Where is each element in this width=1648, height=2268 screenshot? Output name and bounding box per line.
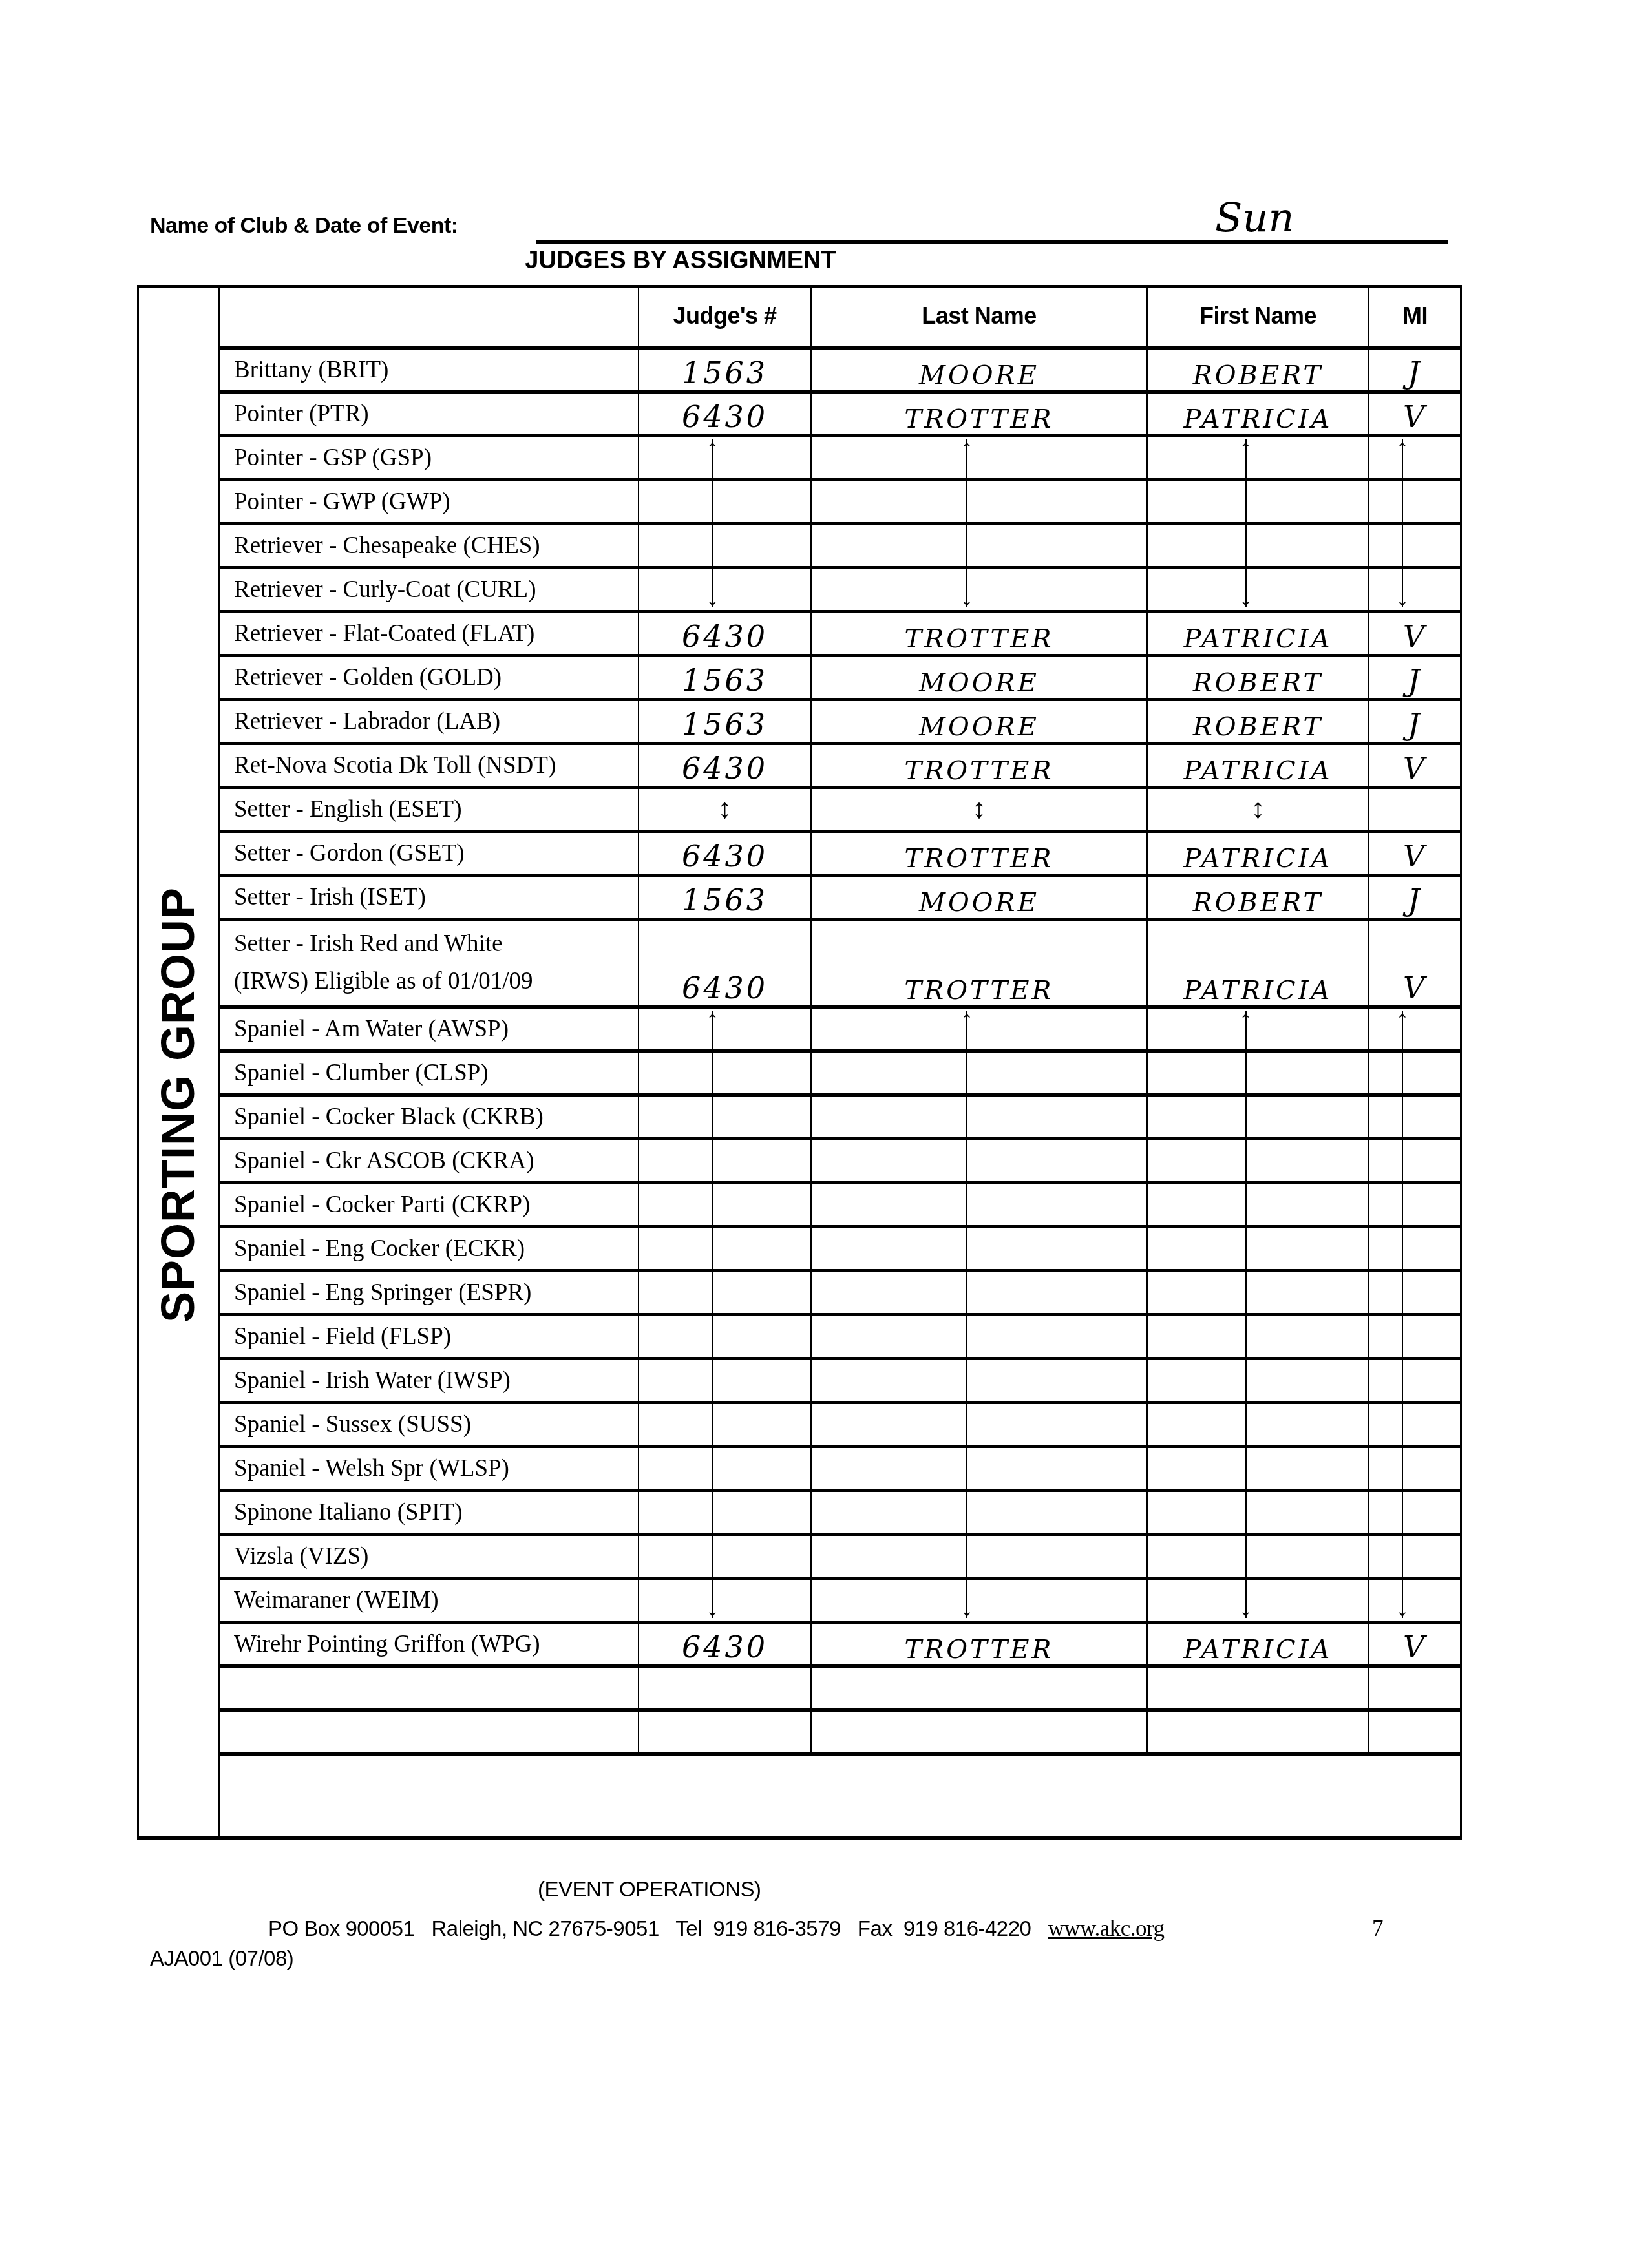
mi-cell[interactable] <box>1369 1007 1461 1051</box>
table-row: Spaniel - Clumber (CLSP) <box>220 1051 1461 1095</box>
group-label: SPORTING GROUP <box>152 887 205 1323</box>
judge-number-cell[interactable] <box>639 1358 811 1402</box>
ditto-line <box>712 1011 713 1618</box>
footer-address: PO Box 900051 Raleigh, NC 27675-9051 Tel… <box>268 1916 1048 1940</box>
last-name-cell[interactable] <box>811 1710 1147 1754</box>
arrow-up-icon: ↑ <box>1396 436 1409 461</box>
breed-cell: Spaniel - Clumber (CLSP) <box>220 1051 639 1095</box>
table-row: Spaniel - Sussex (SUSS) <box>220 1402 1461 1446</box>
last-name-cell[interactable] <box>811 1578 1147 1622</box>
last-name-cell[interactable]: ↕ <box>811 787 1147 831</box>
form-id: AJA001 (07/08) <box>150 1946 293 1971</box>
last-name-cell[interactable] <box>811 1182 1147 1226</box>
judge-number-cell[interactable]: 1563 <box>639 655 811 699</box>
club-date-label: Name of Club & Date of Event: <box>150 213 458 238</box>
mi-cell[interactable] <box>1369 1710 1461 1754</box>
mi-cell[interactable]: J <box>1369 699 1461 743</box>
mi-cell[interactable]: V <box>1369 611 1461 655</box>
first-name-cell[interactable] <box>1147 1095 1369 1139</box>
mi-cell[interactable] <box>1369 1270 1461 1314</box>
judge-number-cell[interactable]: ↕ <box>639 787 811 831</box>
table-row: Spinone Italiano (SPIT) <box>220 1490 1461 1534</box>
col-mi-header: MI <box>1369 286 1461 348</box>
judge-number-cell[interactable]: 6430 <box>639 392 811 436</box>
breed-cell: Pointer - GWP (GWP) <box>220 479 639 523</box>
arrow-up-icon: ↑ <box>706 1007 719 1033</box>
last-name-cell[interactable] <box>811 1534 1147 1578</box>
breed-cell: Spaniel - Am Water (AWSP) <box>220 1007 639 1051</box>
ditto-line <box>1402 439 1403 607</box>
first-name-cell[interactable]: ↕ <box>1147 787 1369 831</box>
judge-number-cell[interactable] <box>639 1490 811 1534</box>
first-name-cell[interactable]: Robert <box>1147 655 1369 699</box>
last-name-cell[interactable] <box>811 1490 1147 1534</box>
table-row: Spaniel - Am Water (AWSP) <box>220 1007 1461 1051</box>
last-name-cell[interactable] <box>811 1095 1147 1139</box>
last-name-cell[interactable] <box>811 1226 1147 1270</box>
judge-number-cell[interactable] <box>639 479 811 523</box>
mi-cell[interactable] <box>1369 1314 1461 1358</box>
last-name-cell[interactable]: Trotter <box>811 919 1147 1007</box>
mi-cell[interactable] <box>1369 1051 1461 1095</box>
mi-cell[interactable] <box>1369 1490 1461 1534</box>
table-row: Pointer - GSP (GSP) <box>220 436 1461 479</box>
mi-cell[interactable] <box>1369 523 1461 567</box>
table-row: Spaniel - Cocker Black (CKRB) <box>220 1095 1461 1139</box>
arrow-up-icon: ↑ <box>960 1007 973 1033</box>
judge-number-cell[interactable]: 6430 <box>639 919 811 1007</box>
breed-cell: Pointer - GSP (GSP) <box>220 436 639 479</box>
first-name-cell[interactable] <box>1147 1139 1369 1182</box>
table-row: Brittany (BRIT)1563MooreRobertJ <box>220 348 1461 392</box>
first-name-cell[interactable] <box>1147 1402 1369 1446</box>
last-name-cell[interactable] <box>811 523 1147 567</box>
first-name-cell[interactable]: Patricia <box>1147 611 1369 655</box>
mi-cell[interactable]: V <box>1369 919 1461 1007</box>
table-row: Ret-Nova Scotia Dk Toll (NSDT)6430Trotte… <box>220 743 1461 787</box>
first-name-cell[interactable] <box>1147 1314 1369 1358</box>
arrow-up-icon: ↑ <box>1240 436 1252 461</box>
arrow-down-icon: ↓ <box>706 584 719 610</box>
table-row: Retriever - Labrador (LAB)1563MooreRober… <box>220 699 1461 743</box>
mi-cell[interactable]: V <box>1369 831 1461 875</box>
last-name-cell[interactable]: Moore <box>811 699 1147 743</box>
mi-cell[interactable] <box>1369 1446 1461 1490</box>
first-name-cell[interactable]: Patricia <box>1147 1622 1369 1666</box>
table-row: Spaniel - Welsh Spr (WLSP) <box>220 1446 1461 1490</box>
judge-number-cell[interactable]: 1563 <box>639 699 811 743</box>
form-title-text: JUDGES BY ASSIGNMENT <box>525 247 836 274</box>
judge-number-cell[interactable] <box>639 1314 811 1358</box>
judge-number-cell[interactable] <box>639 1578 811 1622</box>
first-name-cell[interactable] <box>1147 1007 1369 1051</box>
table-row: Vizsla (VIZS) <box>220 1534 1461 1578</box>
first-name-cell[interactable] <box>1147 1710 1369 1754</box>
first-name-cell[interactable]: Robert <box>1147 699 1369 743</box>
mi-cell[interactable] <box>1369 567 1461 611</box>
table-row: Pointer (PTR)6430TrotterPatriciaV <box>220 392 1461 436</box>
breed-cell: Ret-Nova Scotia Dk Toll (NSDT) <box>220 743 639 787</box>
breed-line-2: (IRWS) Eligible as of 01/01/09 <box>234 963 638 1000</box>
last-name-cell[interactable]: Moore <box>811 348 1147 392</box>
judge-number-cell[interactable] <box>639 1139 811 1182</box>
breed-cell: Spaniel - Eng Springer (ESPR) <box>220 1270 639 1314</box>
breed-cell: Vizsla (VIZS) <box>220 1534 639 1578</box>
first-name-cell[interactable]: Patricia <box>1147 392 1369 436</box>
ditto-line <box>1245 439 1247 607</box>
mi-cell[interactable] <box>1369 1226 1461 1270</box>
mi-cell[interactable] <box>1369 1095 1461 1139</box>
ditto-line <box>966 439 967 607</box>
ditto-line <box>1245 1011 1247 1618</box>
table-row: Wirehr Pointing Griffon (WPG)6430Trotter… <box>220 1622 1461 1666</box>
first-name-cell[interactable] <box>1147 523 1369 567</box>
judge-number-cell[interactable]: 6430 <box>639 831 811 875</box>
last-name-cell[interactable]: Trotter <box>811 1622 1147 1666</box>
first-name-cell[interactable]: Robert <box>1147 875 1369 919</box>
breed-cell: Retriever - Labrador (LAB) <box>220 699 639 743</box>
first-name-cell[interactable]: Patricia <box>1147 831 1369 875</box>
breed-cell: Spaniel - Irish Water (IWSP) <box>220 1358 639 1402</box>
judge-number-cell[interactable]: 1563 <box>639 348 811 392</box>
club-date-underline <box>536 240 1448 244</box>
mi-cell[interactable]: V <box>1369 743 1461 787</box>
last-name-cell[interactable] <box>811 1314 1147 1358</box>
mi-cell[interactable] <box>1369 1578 1461 1622</box>
footer-department: (EVENT OPERATIONS) <box>538 1877 761 1902</box>
table-row: Setter - Gordon (GSET)6430TrotterPatrici… <box>220 831 1461 875</box>
col-first-name-header: First Name <box>1147 286 1369 348</box>
first-name-cell[interactable] <box>1147 1446 1369 1490</box>
arrow-down-icon: ↓ <box>1396 584 1409 610</box>
judge-number-cell[interactable] <box>639 1007 811 1051</box>
table-row: Spaniel - Irish Water (IWSP) <box>220 1358 1461 1402</box>
ditto-line <box>712 439 713 607</box>
mi-cell[interactable] <box>1369 1358 1461 1402</box>
mi-cell[interactable] <box>1369 479 1461 523</box>
mi-cell[interactable]: J <box>1369 348 1461 392</box>
breed-cell: Spaniel - Cocker Black (CKRB) <box>220 1095 639 1139</box>
judge-number-cell[interactable] <box>639 436 811 479</box>
table-row: Retriever - Chesapeake (CHES) <box>220 523 1461 567</box>
first-name-cell[interactable] <box>1147 1051 1369 1095</box>
breed-cell: Spaniel - Ckr ASCOB (CKRA) <box>220 1139 639 1182</box>
breed-cell: Spaniel - Cocker Parti (CKRP) <box>220 1182 639 1226</box>
judges-table: Judge's # Last Name First Name MI Britta… <box>220 286 1461 1756</box>
judge-number-cell[interactable]: 1563 <box>639 875 811 919</box>
first-name-cell[interactable] <box>1147 1358 1369 1402</box>
arrow-up-icon: ↑ <box>960 436 973 461</box>
mi-cell[interactable] <box>1369 787 1461 831</box>
mi-cell[interactable] <box>1369 1666 1461 1710</box>
table-header-row: Judge's # Last Name First Name MI <box>220 286 1461 348</box>
first-name-cell[interactable] <box>1147 1270 1369 1314</box>
arrow-down-icon: ↓ <box>1396 1595 1409 1621</box>
judge-number-cell[interactable]: 6430 <box>639 1622 811 1666</box>
col-judge-number-header: Judge's # <box>639 286 811 348</box>
breed-cell: Setter - Gordon (GSET) <box>220 831 639 875</box>
last-name-cell[interactable]: Trotter <box>811 611 1147 655</box>
breed-cell: Retriever - Flat-Coated (FLAT) <box>220 611 639 655</box>
table-row: Setter - English (ESET)↕↕↕ <box>220 787 1461 831</box>
breed-cell: Spinone Italiano (SPIT) <box>220 1490 639 1534</box>
judge-number-cell[interactable] <box>639 1051 811 1095</box>
last-name-cell[interactable] <box>811 436 1147 479</box>
mi-cell[interactable] <box>1369 1402 1461 1446</box>
table-row: Spaniel - Cocker Parti (CKRP) <box>220 1182 1461 1226</box>
mi-cell[interactable] <box>1369 1182 1461 1226</box>
table-row: Pointer - GWP (GWP) <box>220 479 1461 523</box>
table-row: Weimaraner (WEIM) <box>220 1578 1461 1622</box>
arrow-down-icon: ↓ <box>1240 1595 1252 1621</box>
last-name-cell[interactable] <box>811 1051 1147 1095</box>
ditto-line <box>966 1011 967 1618</box>
table-row: Spaniel - Eng Cocker (ECKR) <box>220 1226 1461 1270</box>
form-title: JUDGES BY ASSIGNMENT <box>0 247 1648 275</box>
ditto-line <box>1402 1011 1403 1618</box>
breed-cell: Retriever - Golden (GOLD) <box>220 655 639 699</box>
page-number: 7 <box>1372 1916 1384 1942</box>
judge-number-cell[interactable] <box>639 1446 811 1490</box>
last-name-cell[interactable] <box>811 1007 1147 1051</box>
judge-number-cell[interactable] <box>639 1182 811 1226</box>
breed-cell: Spaniel - Sussex (SUSS) <box>220 1402 639 1446</box>
mi-cell[interactable]: J <box>1369 875 1461 919</box>
table-row: Retriever - Curly-Coat (CURL) <box>220 567 1461 611</box>
last-name-cell[interactable]: Trotter <box>811 743 1147 787</box>
last-name-cell[interactable] <box>811 1666 1147 1710</box>
breed-cell: Setter - English (ESET) <box>220 787 639 831</box>
breed-line-1: Setter - Irish Red and White <box>234 925 638 963</box>
breed-cell: Brittany (BRIT) <box>220 348 639 392</box>
last-name-cell[interactable] <box>811 1446 1147 1490</box>
first-name-cell[interactable] <box>1147 1182 1369 1226</box>
first-name-cell[interactable] <box>1147 1226 1369 1270</box>
table-row: Setter - Irish (ISET)1563MooreRobertJ <box>220 875 1461 919</box>
judge-number-cell[interactable] <box>639 567 811 611</box>
club-date-handwritten-value: Sun <box>1215 194 1294 241</box>
table-row <box>220 1666 1461 1710</box>
first-name-cell[interactable] <box>1147 479 1369 523</box>
mi-cell[interactable]: V <box>1369 392 1461 436</box>
first-name-cell[interactable]: Patricia <box>1147 743 1369 787</box>
mi-cell[interactable]: J <box>1369 655 1461 699</box>
judge-number-cell[interactable] <box>639 1710 811 1754</box>
judge-number-cell[interactable] <box>639 1226 811 1270</box>
first-name-cell[interactable] <box>1147 567 1369 611</box>
mi-cell[interactable] <box>1369 1139 1461 1182</box>
table-row: Setter - Irish Red and White(IRWS) Eligi… <box>220 919 1461 1007</box>
judge-number-cell[interactable] <box>639 1534 811 1578</box>
arrow-up-icon: ↑ <box>1240 1007 1252 1033</box>
last-name-cell[interactable] <box>811 1358 1147 1402</box>
first-name-cell[interactable]: Patricia <box>1147 919 1369 1007</box>
breed-cell: Spaniel - Welsh Spr (WLSP) <box>220 1446 639 1490</box>
judge-number-cell[interactable] <box>639 523 811 567</box>
last-name-cell[interactable] <box>811 1270 1147 1314</box>
arrow-down-icon: ↓ <box>960 1595 973 1621</box>
last-name-cell[interactable]: Trotter <box>811 831 1147 875</box>
arrow-down-icon: ↓ <box>1240 584 1252 610</box>
footer-contact: PO Box 900051 Raleigh, NC 27675-9051 Tel… <box>268 1916 1165 1942</box>
last-name-cell[interactable] <box>811 1402 1147 1446</box>
table-row: Spaniel - Field (FLSP) <box>220 1314 1461 1358</box>
last-name-cell[interactable]: Moore <box>811 875 1147 919</box>
last-name-cell[interactable] <box>811 479 1147 523</box>
last-name-cell[interactable] <box>811 1139 1147 1182</box>
breed-cell: Setter - Irish Red and White(IRWS) Eligi… <box>220 919 639 1007</box>
table-row: Spaniel - Eng Springer (ESPR) <box>220 1270 1461 1314</box>
last-name-cell[interactable]: Moore <box>811 655 1147 699</box>
mi-cell[interactable]: V <box>1369 1622 1461 1666</box>
mi-cell[interactable] <box>1369 436 1461 479</box>
col-breed-header <box>220 286 639 348</box>
arrow-down-icon: ↓ <box>706 1595 719 1621</box>
breed-cell <box>220 1710 639 1754</box>
judge-number-cell[interactable] <box>639 1270 811 1314</box>
table-row: Retriever - Golden (GOLD)1563MooreRobert… <box>220 655 1461 699</box>
first-name-cell[interactable]: Robert <box>1147 348 1369 392</box>
judge-number-cell[interactable]: 6430 <box>639 611 811 655</box>
arrow-down-icon: ↓ <box>960 584 973 610</box>
breed-cell: Spaniel - Field (FLSP) <box>220 1314 639 1358</box>
judge-number-cell[interactable] <box>639 1666 811 1710</box>
table-row: Retriever - Flat-Coated (FLAT)6430Trotte… <box>220 611 1461 655</box>
judge-number-cell[interactable] <box>639 1402 811 1446</box>
first-name-cell[interactable] <box>1147 1534 1369 1578</box>
breed-cell: Spaniel - Eng Cocker (ECKR) <box>220 1226 639 1270</box>
first-name-cell[interactable] <box>1147 1666 1369 1710</box>
breed-cell: Wirehr Pointing Griffon (WPG) <box>220 1622 639 1666</box>
last-name-cell[interactable]: Trotter <box>811 392 1147 436</box>
breed-cell: Retriever - Curly-Coat (CURL) <box>220 567 639 611</box>
col-last-name-header: Last Name <box>811 286 1147 348</box>
footer-website-link[interactable]: www.akc.org <box>1048 1916 1164 1941</box>
breed-cell <box>220 1666 639 1710</box>
mi-cell[interactable] <box>1369 1534 1461 1578</box>
table-row <box>220 1710 1461 1754</box>
first-name-cell[interactable] <box>1147 1578 1369 1622</box>
breed-cell: Setter - Irish (ISET) <box>220 875 639 919</box>
judge-number-cell[interactable] <box>639 1095 811 1139</box>
first-name-cell[interactable] <box>1147 436 1369 479</box>
arrow-up-icon: ↑ <box>706 436 719 461</box>
breed-cell: Weimaraner (WEIM) <box>220 1578 639 1622</box>
judge-number-cell[interactable]: 6430 <box>639 743 811 787</box>
last-name-cell[interactable] <box>811 567 1147 611</box>
first-name-cell[interactable] <box>1147 1490 1369 1534</box>
breed-cell: Pointer (PTR) <box>220 392 639 436</box>
breed-cell: Retriever - Chesapeake (CHES) <box>220 523 639 567</box>
arrow-up-icon: ↑ <box>1396 1007 1409 1033</box>
table-row: Spaniel - Ckr ASCOB (CKRA) <box>220 1139 1461 1182</box>
